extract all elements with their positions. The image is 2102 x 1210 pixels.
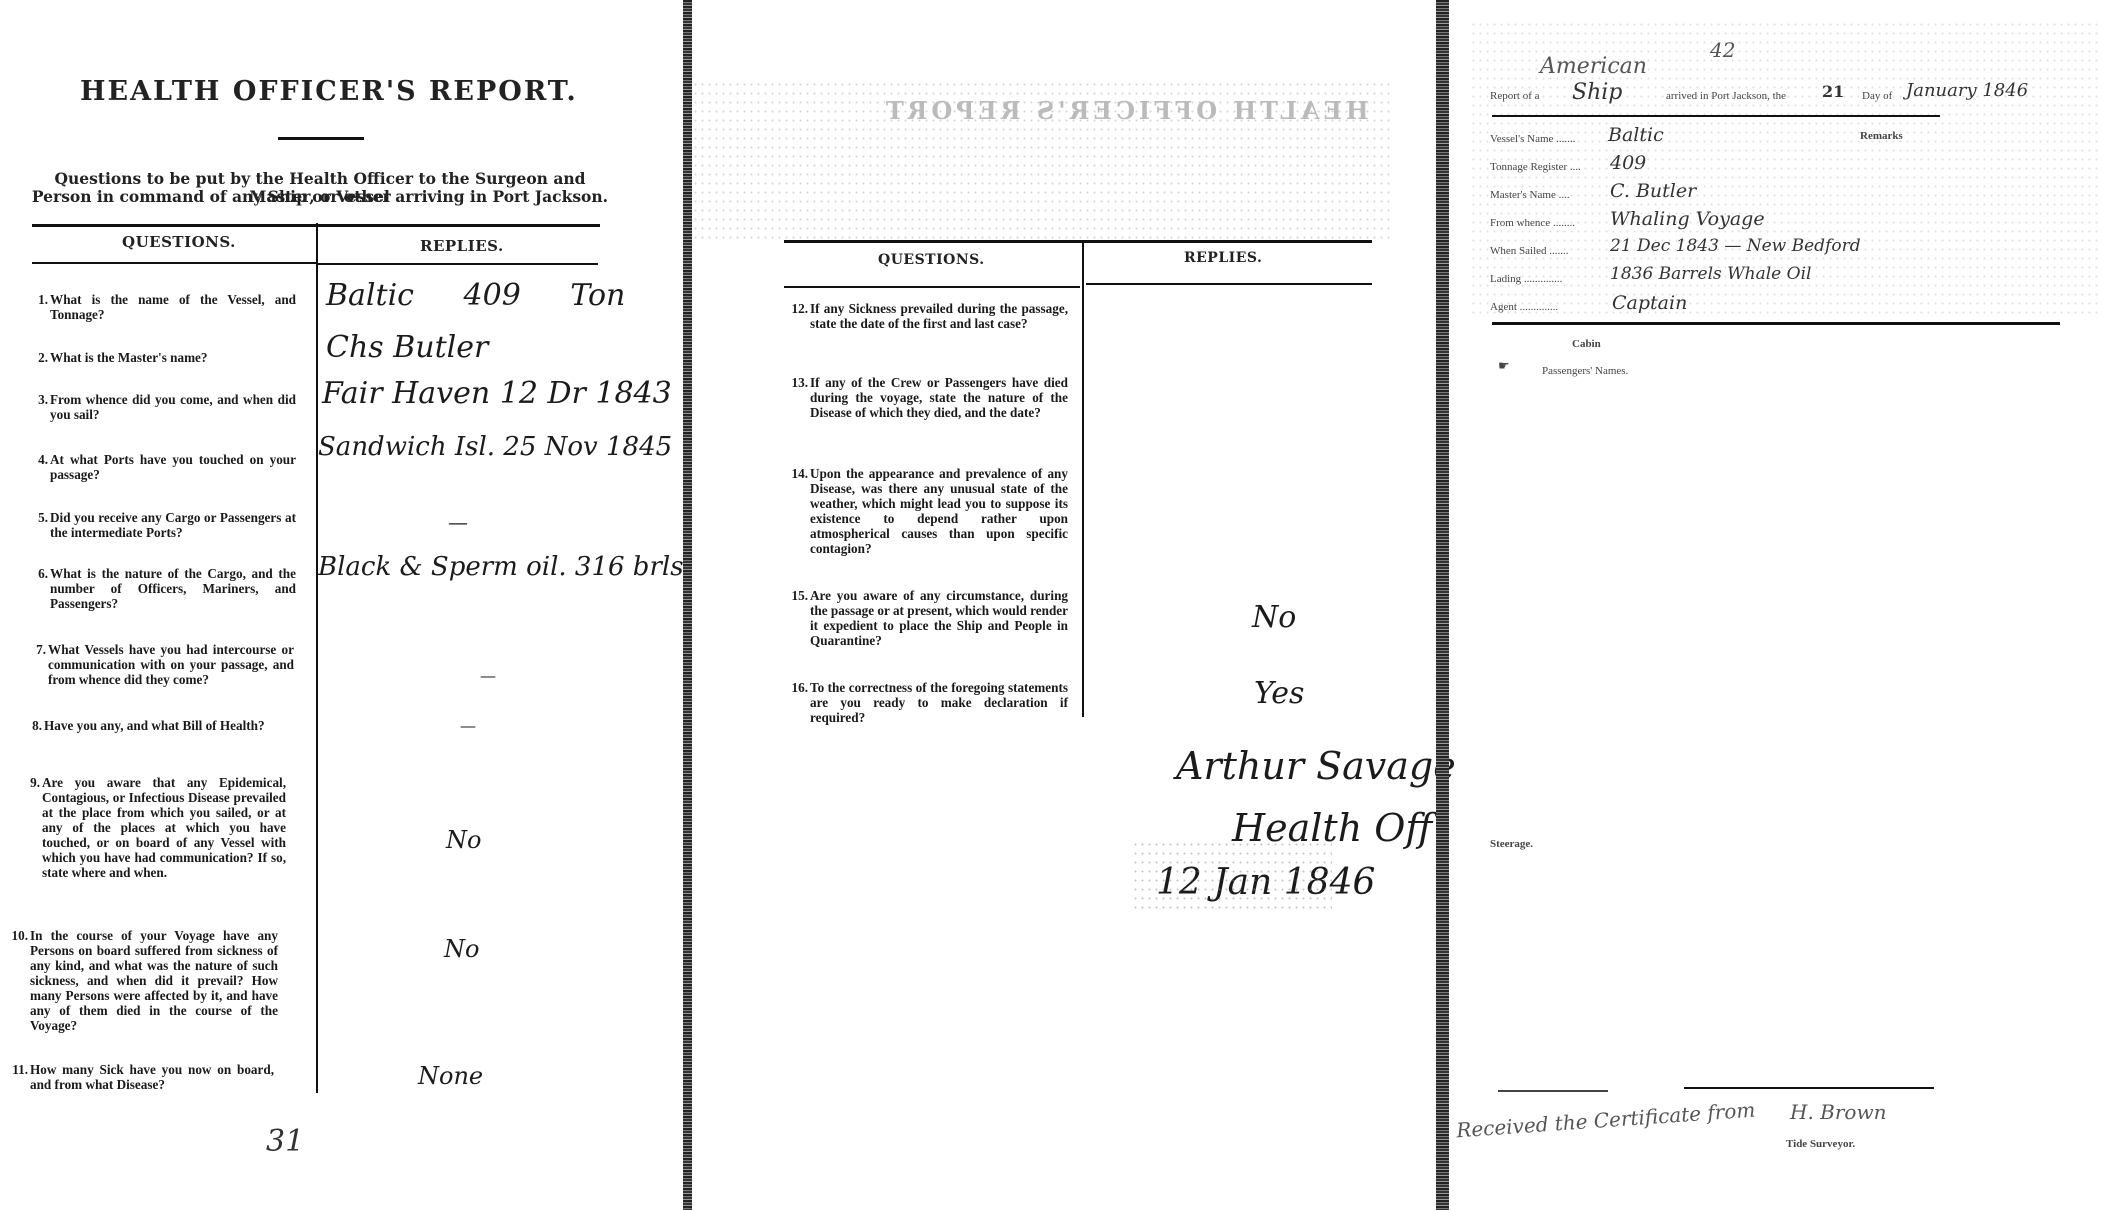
reply-15: No bbox=[1252, 600, 1296, 635]
question-9: 9.Are you aware that any Epidemical, Con… bbox=[42, 775, 286, 880]
reply-8: — bbox=[460, 716, 476, 735]
question-2: 2.What is the Master's name? bbox=[50, 350, 296, 365]
question-10: 10.In the course of your Voyage have any… bbox=[30, 928, 278, 1033]
stamp-smudge bbox=[1132, 840, 1332, 910]
field-label-from-whence: From whence ........ bbox=[1490, 217, 1575, 229]
subtitle-line-2: Person in command of any Ship or Vessel … bbox=[30, 188, 610, 206]
reply-16: Yes bbox=[1254, 676, 1304, 711]
mid-header-replies: REPLIES. bbox=[1184, 250, 1262, 266]
title-divider bbox=[278, 137, 364, 140]
top-handwriting: American bbox=[1540, 54, 1647, 79]
question-15: 15.Are you aware of any circumstance, du… bbox=[810, 588, 1068, 648]
bleed-through-title: HEALTH OFFICER'S REPORT bbox=[882, 96, 1369, 125]
top-number: 42 bbox=[1710, 38, 1735, 62]
question-16: 16.To the correctness of the foregoing s… bbox=[810, 680, 1068, 725]
question-5: 5.Did you receive any Cargo or Passenger… bbox=[50, 510, 296, 540]
question-11: 11.How many Sick have you now on board, … bbox=[30, 1062, 274, 1092]
field-label-vessel-name: Vessel's Name ....... bbox=[1490, 133, 1575, 145]
tide-surveyor-signature: H. Brown bbox=[1790, 1100, 1886, 1124]
question-14: 14.Upon the appearance and prevalence of… bbox=[810, 466, 1068, 556]
reply-11: None bbox=[418, 1062, 483, 1090]
reply-3: Fair Haven 12 Dr 1843 bbox=[322, 376, 672, 411]
fields-bottom-rule bbox=[1492, 322, 2060, 325]
question-1: 1.What is the name of the Vessel, and To… bbox=[50, 292, 296, 322]
field-label-when-sailed: When Sailed ....... bbox=[1490, 245, 1569, 257]
report-of-a-label: Report of a bbox=[1490, 90, 1539, 102]
mid-header-under-rule-right bbox=[1086, 283, 1372, 285]
column-divider bbox=[316, 223, 318, 1093]
bottom-rule-left bbox=[1498, 1090, 1608, 1092]
field-value-vessel-name: Baltic bbox=[1608, 124, 1664, 146]
question-8: 8.Have you any, and what Bill of Health? bbox=[44, 718, 290, 733]
passengers-names-label: Passengers' Names. bbox=[1542, 365, 1628, 377]
mid-header-under-rule-left bbox=[784, 286, 1080, 288]
field-label-agent: Agent .............. bbox=[1490, 301, 1558, 313]
question-6: 6.What is the nature of the Cargo, and t… bbox=[50, 566, 296, 611]
field-label-masters-name: Master's Name .... bbox=[1490, 189, 1570, 201]
question-12: 12.If any Sickness prevailed during the … bbox=[810, 301, 1068, 331]
bottom-rule-right bbox=[1684, 1087, 1934, 1089]
header-replies: REPLIES. bbox=[420, 237, 504, 255]
header-questions: QUESTIONS. bbox=[122, 233, 236, 251]
reply-10: No bbox=[444, 935, 479, 963]
month-value: January 1846 bbox=[1906, 80, 2028, 101]
right-page: American 42 Report of a Ship arrived in … bbox=[1450, 0, 2102, 1210]
reply-5: — bbox=[448, 510, 468, 534]
field-value-agent: Captain bbox=[1612, 292, 1687, 314]
reply-2: Chs Butler bbox=[326, 330, 488, 365]
day-of-label: Day of bbox=[1862, 90, 1892, 102]
left-page: HEALTH OFFICER'S REPORT. Questions to be… bbox=[0, 0, 684, 1210]
field-value-masters-name: C. Butler bbox=[1610, 180, 1696, 202]
question-3: 3.From whence did you come, and when did… bbox=[50, 392, 296, 422]
mid-table-top-rule bbox=[784, 240, 1372, 243]
tide-surveyor-label: Tide Surveyor. bbox=[1786, 1138, 1855, 1150]
mid-column-divider bbox=[1082, 242, 1084, 717]
field-label-tonnage: Tonnage Register .... bbox=[1490, 161, 1581, 173]
question-7: 7.What Vessels have you had intercourse … bbox=[48, 642, 294, 687]
header-under-rule-right bbox=[318, 263, 598, 265]
page-spine-right bbox=[1436, 0, 1449, 1210]
bottom-left-handwriting: Received the Certificate from bbox=[1456, 1098, 1756, 1143]
reply-1: Baltic 409 Ton bbox=[326, 278, 625, 313]
field-value-when-sailed: 21 Dec 1843 — New Bedford bbox=[1610, 236, 1861, 256]
reply-9: No bbox=[446, 826, 481, 854]
field-label-lading: Lading .............. bbox=[1490, 273, 1562, 285]
field-value-from-whence: Whaling Voyage bbox=[1610, 208, 1765, 230]
middle-page: HEALTH OFFICER'S REPORT QUESTIONS. REPLI… bbox=[692, 0, 1438, 1210]
arrived-label: arrived in Port Jackson, the bbox=[1666, 90, 1786, 102]
cabin-label: Cabin bbox=[1572, 338, 1601, 350]
steerage-label: Steerage. bbox=[1490, 838, 1533, 850]
question-4: 4.At what Ports have you touched on your… bbox=[50, 452, 296, 482]
page-number: 31 bbox=[266, 1124, 304, 1159]
day-value: 21 bbox=[1822, 82, 1844, 101]
health-officer-signature: Arthur Savage bbox=[1176, 744, 1456, 788]
header-rule bbox=[1492, 115, 1940, 117]
reply-4: Sandwich Isl. 25 Nov 1845 bbox=[318, 432, 672, 462]
report-title: HEALTH OFFICER'S REPORT. bbox=[80, 76, 578, 107]
hand-pointer-icon: ☛ bbox=[1498, 358, 1510, 374]
reply-6: Black & Sperm oil. 316 brls bbox=[318, 552, 684, 582]
mid-header-questions: QUESTIONS. bbox=[878, 252, 985, 268]
question-13: 13.If any of the Crew or Passengers have… bbox=[810, 375, 1068, 420]
field-value-tonnage: 409 bbox=[1610, 152, 1646, 174]
remarks-label: Remarks bbox=[1860, 130, 1903, 142]
reply-7: — bbox=[480, 666, 496, 685]
field-value-lading: 1836 Barrels Whale Oil bbox=[1610, 264, 1811, 284]
header-under-rule-left bbox=[32, 262, 316, 264]
page-spine-left bbox=[683, 0, 692, 1210]
report-of-a-value: Ship bbox=[1572, 80, 1622, 105]
